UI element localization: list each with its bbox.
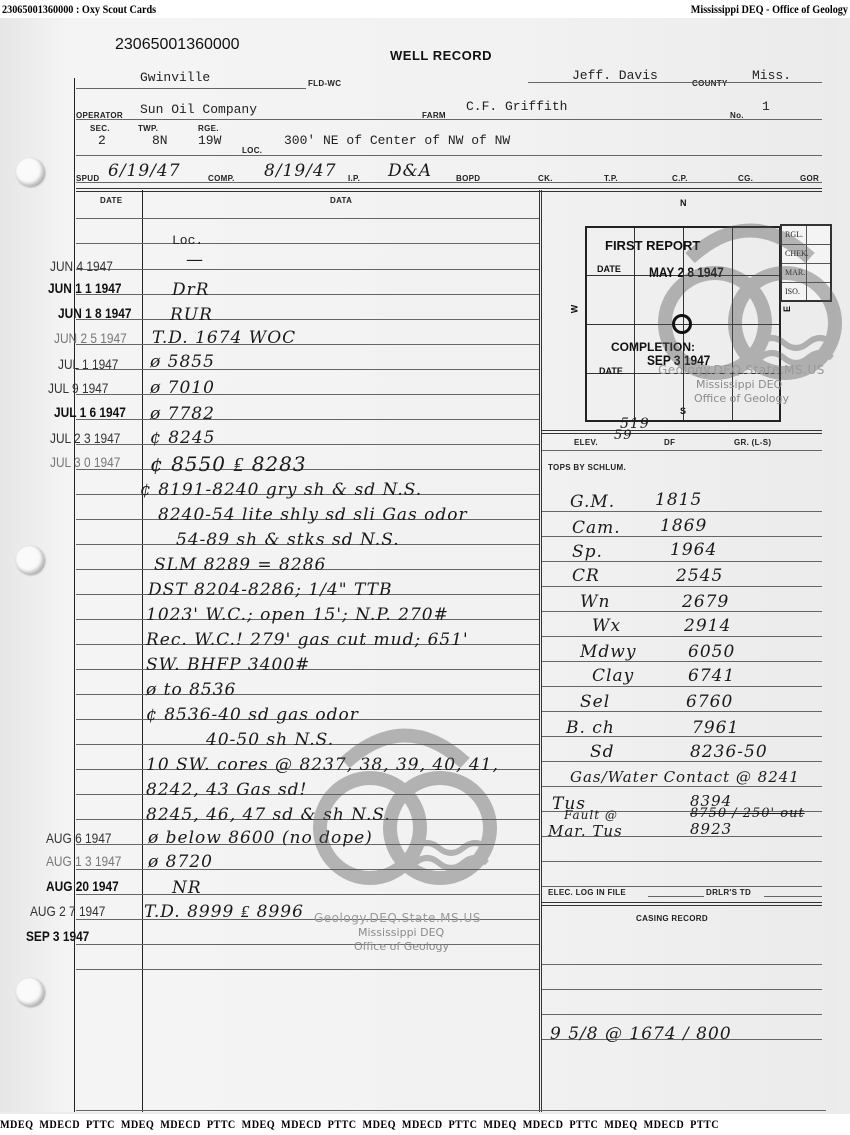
log-data: ¢ 8191-8240 gry sh & sd N.S. — [140, 480, 422, 500]
watermark-site: Geology.DEQ.State.MS.US — [658, 363, 825, 377]
rge-label: RGE. — [198, 124, 219, 133]
rule — [542, 886, 822, 887]
top-name: Wn — [580, 592, 610, 612]
top-depth: 2914 — [684, 616, 731, 636]
top-depth: 7961 — [692, 718, 739, 738]
top-depth: 8236-50 — [690, 742, 768, 762]
rule — [76, 419, 539, 420]
form-title: WELL RECORD — [390, 48, 492, 63]
sec-label: SEC. — [90, 124, 110, 133]
document-title: 23065001360000 : Oxy Scout Cards — [2, 2, 156, 17]
rule — [648, 896, 704, 897]
casing-entry: 9 5/8 @ 1674 / 800 — [550, 1024, 732, 1044]
rule — [76, 1110, 826, 1111]
log-date: JUL 1 1947 — [58, 356, 118, 372]
top-name: Mdwy — [580, 642, 636, 662]
plat-north-label: N — [680, 198, 687, 208]
loc-label: LOC. — [242, 146, 262, 155]
log-date: JUN 2 5 1947 — [54, 330, 127, 346]
log-data: ø to 8536 — [146, 680, 236, 700]
rule — [542, 786, 822, 787]
log-data: ø 7010 — [150, 378, 215, 398]
loc-entry: Loc. — [172, 233, 203, 248]
top-name: Wx — [592, 616, 621, 636]
rule — [76, 269, 539, 270]
rule — [76, 319, 539, 320]
df-label: DF — [664, 438, 675, 447]
rule — [542, 1014, 822, 1015]
rule — [542, 861, 822, 862]
log-data: ¢ 8245 — [150, 428, 215, 448]
county-value: Jeff. Davis — [572, 68, 658, 83]
rule — [76, 218, 539, 219]
plat-west-label: W — [569, 305, 579, 314]
completion-date-label: DATE — [599, 366, 623, 376]
top-name: Sp. — [572, 542, 603, 562]
top-depth: 8923 — [690, 820, 732, 838]
punch-hole — [16, 978, 44, 1006]
rule — [76, 444, 539, 445]
log-data: ø 8720 — [148, 852, 213, 872]
double-rule — [542, 430, 822, 434]
log-data: RUR — [170, 305, 213, 325]
top-depth: 6050 — [688, 642, 735, 662]
top-name: Mar. Tus — [548, 822, 623, 840]
log-data: SW. BHFP 3400# — [146, 655, 310, 675]
tops-label: TOPS BY SCHLUM. — [548, 463, 626, 472]
log-date: JUN 1 1 1947 — [48, 280, 121, 296]
scout-card-image: 23065001360000 WELL RECORD Gwinville FLD… — [0, 18, 850, 1114]
operator-value: Sun Oil Company — [140, 102, 257, 117]
top-name: Sd — [590, 742, 615, 762]
double-rule — [76, 188, 822, 192]
watermark-agency: Mississippi DEQ — [358, 926, 444, 939]
footer-bar: MDEQ MDECD PTTC MDEQ MDECD PTTC MDEQ MDE… — [0, 1117, 850, 1135]
rule — [76, 394, 539, 395]
state-value: Miss. — [752, 68, 791, 83]
gr-label: GR. (L-S) — [734, 438, 771, 447]
top-depth: 2679 — [682, 592, 729, 612]
top-name: Sel — [580, 692, 610, 712]
rule — [542, 450, 822, 451]
viewer-header: 23065001360000 : Oxy Scout Cards Mississ… — [0, 0, 850, 18]
top-name: G.M. — [570, 492, 615, 512]
log-date: JUL 3 0 1947 — [50, 454, 120, 470]
top-name: Clay — [592, 666, 634, 686]
log-data: 8240-54 lite shly sd sli Gas odor — [158, 505, 468, 525]
watermark-office: Office of Geology — [354, 940, 449, 953]
log-data: — — [186, 250, 204, 270]
twp-value: 8N — [152, 133, 168, 148]
log-date: JUL 1 6 1947 — [54, 404, 126, 420]
log-date: AUG 20 1947 — [46, 878, 119, 894]
rge-value: 19W — [198, 133, 221, 148]
log-date: JUN 4 1947 — [50, 258, 113, 274]
rule — [76, 344, 539, 345]
log-data: T.D. 8999 ₤ 8996 — [144, 902, 304, 922]
data-column-header: DATA — [330, 196, 352, 205]
log-data: 54-89 sh & stks sd N.S. — [176, 530, 400, 550]
rule — [542, 761, 822, 762]
rule — [542, 686, 822, 687]
top-name: B. ch — [566, 718, 615, 738]
rule — [76, 969, 539, 970]
log-date: JUL 2 3 1947 — [50, 430, 120, 446]
rule — [76, 119, 822, 120]
log-data: ¢ 8550 ₤ 8283 — [150, 452, 307, 477]
top-depth: 1964 — [670, 540, 717, 560]
log-data: 1023' W.C.; open 15'; N.P. 270# — [146, 605, 449, 625]
farm-value: C.F. Griffith — [466, 99, 567, 114]
rule — [542, 586, 822, 587]
elev-label: ELEV. — [574, 438, 598, 447]
top-depth: 2545 — [676, 566, 723, 586]
rule — [76, 88, 306, 89]
rule — [528, 82, 822, 83]
left-margin-line — [74, 78, 75, 1112]
top-depth: 1815 — [655, 490, 702, 510]
rule — [76, 944, 539, 945]
footer-text: MDEQ MDECD PTTC MDEQ MDECD PTTC MDEQ MDE… — [0, 1117, 719, 1132]
fault-label: Fault @ — [564, 808, 618, 822]
agency-title: Mississippi DEQ - Office of Geology — [691, 2, 848, 17]
top-depth: 1869 — [660, 516, 707, 536]
rule — [542, 636, 822, 637]
watermark-site: Geology.DEQ.State.MS.US — [314, 911, 481, 925]
ip-value: D&A — [388, 161, 432, 181]
data-right-divider — [539, 190, 542, 1112]
top-depth: 6741 — [688, 666, 735, 686]
county-label: COUNTY — [692, 79, 728, 88]
punch-hole — [16, 546, 44, 574]
watermark-agency: Mississippi DEQ — [696, 378, 782, 391]
punch-hole — [16, 158, 44, 186]
log-data: 8242, 43 Gas sd! — [146, 780, 307, 800]
casing-record-label: CASING RECORD — [636, 914, 708, 923]
log-data: ø 5855 — [150, 352, 215, 372]
log-data: DrR — [172, 280, 210, 300]
rule — [76, 243, 539, 244]
gas-water-contact: Gas/Water Contact @ 8241 — [570, 768, 800, 786]
log-date: AUG 2 7 1947 — [30, 903, 105, 919]
log-date: AUG 6 1947 — [46, 830, 112, 846]
log-data: Rec. W.C.! 279' gas cut mud; 651' — [146, 630, 469, 650]
log-date: JUL 9 1947 — [48, 380, 108, 396]
spud-value: 6/19/47 — [108, 161, 181, 181]
rule — [76, 294, 539, 295]
log-data: NR — [172, 878, 202, 898]
rule — [76, 369, 539, 370]
elec-log-label: ELEC. LOG IN FILE — [548, 888, 626, 897]
fault-depth: 8750 / 250' out — [690, 806, 805, 821]
loc-value: 300' NE of Center of NW of NW — [284, 133, 510, 148]
drlr-td-label: DRLR'S TD — [706, 888, 751, 897]
rule — [542, 964, 822, 965]
log-data: DST 8204-8286; 1/4" TTB — [148, 580, 393, 600]
watermark-office: Office of Geology — [694, 392, 789, 405]
log-date: AUG 1 3 1947 — [46, 853, 121, 869]
log-date: JUN 1 8 1947 — [58, 305, 131, 321]
date-data-divider — [142, 190, 143, 1112]
double-rule — [542, 902, 822, 906]
date-column-header: DATE — [100, 196, 122, 205]
rule — [542, 989, 822, 990]
sec-value: 2 — [98, 133, 106, 148]
twp-label: TWP. — [138, 124, 158, 133]
log-data: T.D. 1674 WOC — [152, 328, 296, 348]
rule — [76, 469, 539, 470]
elev-value-alt: 59 — [614, 428, 633, 443]
api-number: 23065001360000 — [115, 36, 240, 54]
rule — [76, 182, 822, 183]
log-date: SEP 3 1947 — [26, 928, 89, 944]
field-value: Gwinville — [140, 70, 210, 85]
rule — [76, 155, 822, 156]
comp-value: 8/19/47 — [264, 161, 337, 181]
top-name: CR — [572, 566, 600, 586]
well-no-value: 1 — [762, 99, 770, 114]
rule — [764, 896, 822, 897]
log-data: SLM 8289 = 8286 — [154, 555, 326, 575]
first-report-date-label: DATE — [597, 264, 621, 274]
log-data: ø 7782 — [150, 404, 215, 424]
field-label: FLD-WC — [308, 79, 341, 88]
mdeq-logo-watermark-icon — [305, 718, 505, 918]
top-depth: 6760 — [686, 692, 733, 712]
top-name: Cam. — [572, 518, 621, 538]
